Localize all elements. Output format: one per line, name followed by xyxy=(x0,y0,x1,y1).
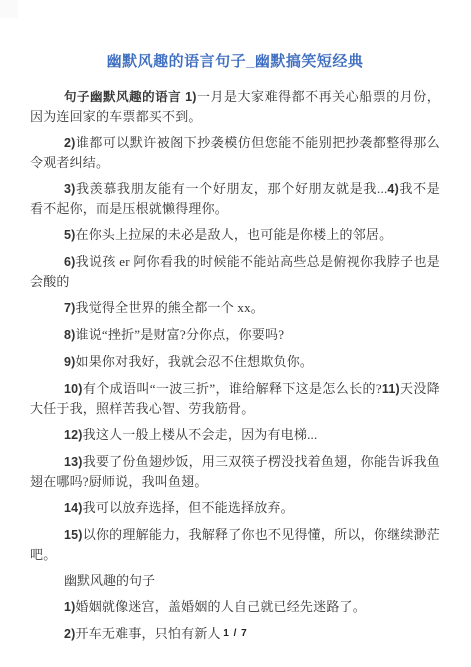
paragraph-text: 我这人一般上楼从不会走，因为有电梯... xyxy=(83,427,318,442)
list-number: 5) xyxy=(64,228,76,242)
paragraph-text: 我羡慕我朋友能有一个好朋友，那个好朋友就是我... xyxy=(76,181,388,196)
list-number: 9) xyxy=(64,355,76,369)
paragraph: 15)以你的理解能力，我解释了你也不见得懂，所以，你继续渺茫吧。 xyxy=(30,525,440,564)
section-subheading: 幽默风趣的句子 xyxy=(30,571,440,590)
paragraph: 12)我这人一般上楼从不会走，因为有电梯... xyxy=(30,425,440,445)
list-number: 1) xyxy=(64,600,76,614)
paragraph-text: 有个成语叫“一波三折”，谁给解释下这是怎么长的? xyxy=(83,381,382,396)
paragraph-text: 我可以放弃选择，但不能选择放弃。 xyxy=(83,500,294,515)
list-number: 6) xyxy=(64,255,76,269)
list-number: 8) xyxy=(64,328,76,342)
list-number: 10) xyxy=(64,382,83,396)
paragraph: 8)谁说“挫折”是财富?分你点，你要吗? xyxy=(30,325,440,345)
list-number: 14) xyxy=(64,501,83,515)
paragraph: 6)我说孩 er 阿你看我的时候能不能站高些总是俯视你我脖子也是会酸的 xyxy=(30,252,440,291)
document-page: { "document": { "title": "幽默风趣的语言句子_幽默搞笑… xyxy=(0,0,471,667)
paragraph: 9)如果你对我好，我就会忍不住想欺负你。 xyxy=(30,352,440,372)
list-number: 15) xyxy=(64,528,83,542)
paragraph-text: 以你的理解能力，我解释了你也不见得懂，所以，你继续渺茫吧。 xyxy=(30,527,440,562)
list-number: 2) xyxy=(64,136,76,150)
paragraph: 13)我要了份鱼翅炒饭，用三双筷子楞没找着鱼翅，你能告诉我鱼翅在哪吗?厨师说，我… xyxy=(30,452,440,491)
paragraph-text: 我说孩 er 阿你看我的时候能不能站高些总是俯视你我脖子也是会酸的 xyxy=(30,254,440,289)
paragraph: 3)我羡慕我朋友能有一个好朋友，那个好朋友就是我...4)我不是看不起你，而是压… xyxy=(30,179,440,218)
list-number: 13) xyxy=(64,455,83,469)
page-number: 1 / 7 xyxy=(0,628,471,639)
body-paragraphs: 句子幽默风趣的语言 1)一月是大家难得都不再关心船票的月份，因为连回家的车票都买… xyxy=(30,87,440,564)
paragraph: 7)我觉得全世界的熊全都一个 xx。 xyxy=(30,298,440,318)
paragraph: 1)婚姻就像迷宫，盖婚姻的人自己就已经先迷路了。 xyxy=(30,597,440,617)
paragraph: 2)谁都可以默许被阁下抄袭模仿但您能不能别把抄袭都整得那么令观者纠结。 xyxy=(30,133,440,172)
paragraph-text: 如果你对我好，我就会忍不住想欺负你。 xyxy=(76,354,314,369)
list-number: 句子幽默风趣的语言 1) xyxy=(64,90,197,104)
page-title: 幽默风趣的语言句子_幽默搞笑短经典 xyxy=(30,52,440,71)
paragraph: 10)有个成语叫“一波三折”，谁给解释下这是怎么长的?11)天没降大任于我，照样… xyxy=(30,379,440,418)
paragraph-text: 婚姻就像迷宫，盖婚姻的人自己就已经先迷路了。 xyxy=(76,599,366,614)
list-number: 4) xyxy=(387,182,399,196)
list-number: 12) xyxy=(64,428,83,442)
paragraph-text: 谁都可以默许被阁下抄袭模仿但您能不能别把抄袭都整得那么令观者纠结。 xyxy=(30,135,440,170)
paragraph-text: 我要了份鱼翅炒饭，用三双筷子楞没找着鱼翅，你能告诉我鱼翅在哪吗?厨师说，我叫鱼翅… xyxy=(30,454,440,489)
list-number: 7) xyxy=(64,301,76,315)
paragraph-text: 谁说“挫折”是财富?分你点，你要吗? xyxy=(76,327,285,342)
corner-artifact xyxy=(0,0,18,18)
paragraph-text: 在你头上拉屎的未必是敌人，也可能是你楼上的邻居。 xyxy=(76,227,393,242)
paragraph: 句子幽默风趣的语言 1)一月是大家难得都不再关心船票的月份，因为连回家的车票都买… xyxy=(30,87,440,126)
paragraph: 14)我可以放弃选择，但不能选择放弃。 xyxy=(30,498,440,518)
list-number: 11) xyxy=(382,382,400,396)
paragraph: 5)在你头上拉屎的未必是敌人，也可能是你楼上的邻居。 xyxy=(30,225,440,245)
page-content: 幽默风趣的语言句子_幽默搞笑短经典 句子幽默风趣的语言 1)一月是大家难得都不再… xyxy=(0,52,471,644)
list-number: 3) xyxy=(64,182,76,196)
paragraph-text: 我觉得全世界的熊全都一个 xx。 xyxy=(76,300,264,315)
